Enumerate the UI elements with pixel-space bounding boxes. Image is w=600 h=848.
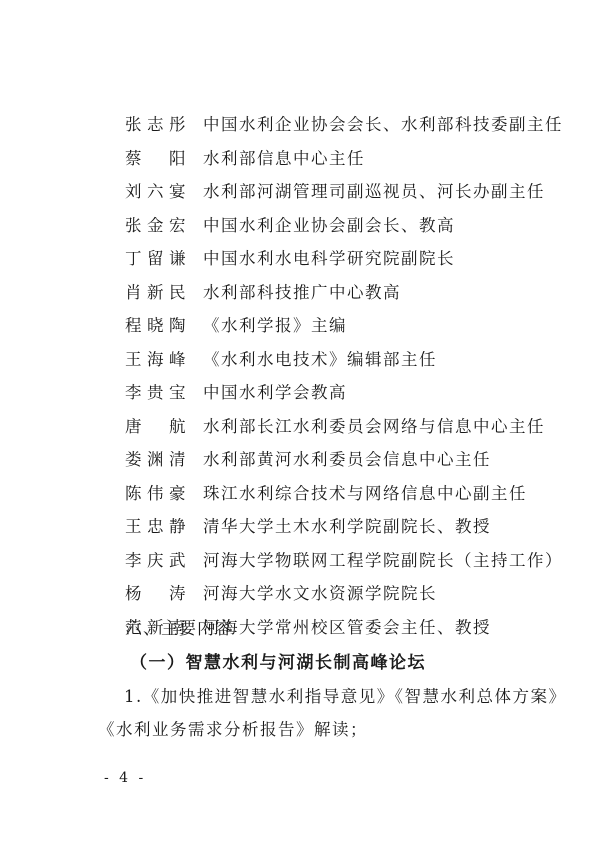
member-name: 王忠静	[125, 510, 187, 544]
member-title: 《水利水电技术》编辑部主任	[203, 343, 437, 377]
member-name: 娄渊清	[125, 443, 187, 477]
member-row: 陈伟豪珠江水利综合技术与网络信息中心副主任	[125, 477, 563, 511]
member-name: 刘六宴	[125, 175, 187, 209]
member-name: 张金宏	[125, 209, 187, 243]
member-name: 肖新民	[125, 276, 187, 310]
member-title: 中国水利水电科学研究院副院长	[203, 242, 455, 276]
member-row: 丁留谦中国水利水电科学研究院副院长	[125, 242, 563, 276]
member-title: 中国水利企业协会副会长、教高	[203, 209, 455, 243]
member-row: 蔡阳水利部信息中心主任	[125, 142, 563, 176]
member-title: 水利部黄河水利委员会信息中心主任	[203, 443, 491, 477]
member-title: 水利部信息中心主任	[203, 142, 365, 176]
member-title: 中国水利企业协会会长、水利部科技委副主任	[203, 108, 563, 142]
member-title: 水利部河湖管理司副巡视员、河长办副主任	[203, 175, 545, 209]
member-row: 程晓陶《水利学报》主编	[125, 309, 563, 343]
member-name: 陈伟豪	[125, 477, 187, 511]
member-row: 刘六宴水利部河湖管理司副巡视员、河长办副主任	[125, 175, 563, 209]
member-row: 张金宏中国水利企业协会副会长、教高	[125, 209, 563, 243]
document-page: 张志彤中国水利企业协会会长、水利部科技委副主任 蔡阳水利部信息中心主任 刘六宴水…	[0, 0, 600, 848]
member-title: 河海大学水文水资源学院院长	[203, 577, 437, 611]
member-name: 丁留谦	[125, 242, 187, 276]
member-name: 李庆武	[125, 544, 187, 578]
member-title: 水利部长江水利委员会网络与信息中心主任	[203, 410, 545, 444]
member-title: 中国水利学会教高	[203, 376, 347, 410]
member-title: 河海大学常州校区管委会主任、教授	[203, 611, 491, 645]
member-name: 唐航	[125, 410, 187, 444]
content-item-line: 1.《加快推进智慧水利指导意见》《智慧水利总体方案》	[124, 683, 567, 707]
member-name: 程晓陶	[125, 309, 187, 343]
member-name: 蔡阳	[125, 142, 187, 176]
page-number: - 4 -	[104, 770, 146, 786]
member-name: 张志彤	[125, 108, 187, 142]
member-title: 珠江水利综合技术与网络信息中心副主任	[203, 477, 527, 511]
content-item-line: 《水利业务需求分析报告》解读；	[98, 716, 368, 740]
member-title: 河海大学物联网工程学院副院长（主持工作）	[203, 544, 563, 578]
member-row: 肖新民水利部科技推广中心教高	[125, 276, 563, 310]
member-row: 张志彤中国水利企业协会会长、水利部科技委副主任	[125, 108, 563, 142]
member-title: 《水利学报》主编	[203, 309, 347, 343]
member-name: 李贵宝	[125, 376, 187, 410]
member-name: 王海峰	[125, 343, 187, 377]
member-list: 张志彤中国水利企业协会会长、水利部科技委副主任 蔡阳水利部信息中心主任 刘六宴水…	[125, 108, 563, 644]
member-name: 杨涛	[125, 577, 187, 611]
member-row: 王海峰《水利水电技术》编辑部主任	[125, 343, 563, 377]
member-row: 唐航水利部长江水利委员会网络与信息中心主任	[125, 410, 563, 444]
member-title: 清华大学土木水利学院副院长、教授	[203, 510, 491, 544]
member-row: 杨涛河海大学水文水资源学院院长	[125, 577, 563, 611]
sub-heading: （一）智慧水利与河湖长制高峰论坛	[130, 648, 426, 673]
member-row: 李贵宝中国水利学会教高	[125, 376, 563, 410]
member-row: 王忠静清华大学土木水利学院副院长、教授	[125, 510, 563, 544]
member-row: 娄渊清水利部黄河水利委员会信息中心主任	[125, 443, 563, 477]
member-row: 李庆武河海大学物联网工程学院副院长（主持工作）	[125, 544, 563, 578]
member-title: 水利部科技推广中心教高	[203, 276, 401, 310]
section-heading: 六、主要内容	[125, 614, 233, 639]
